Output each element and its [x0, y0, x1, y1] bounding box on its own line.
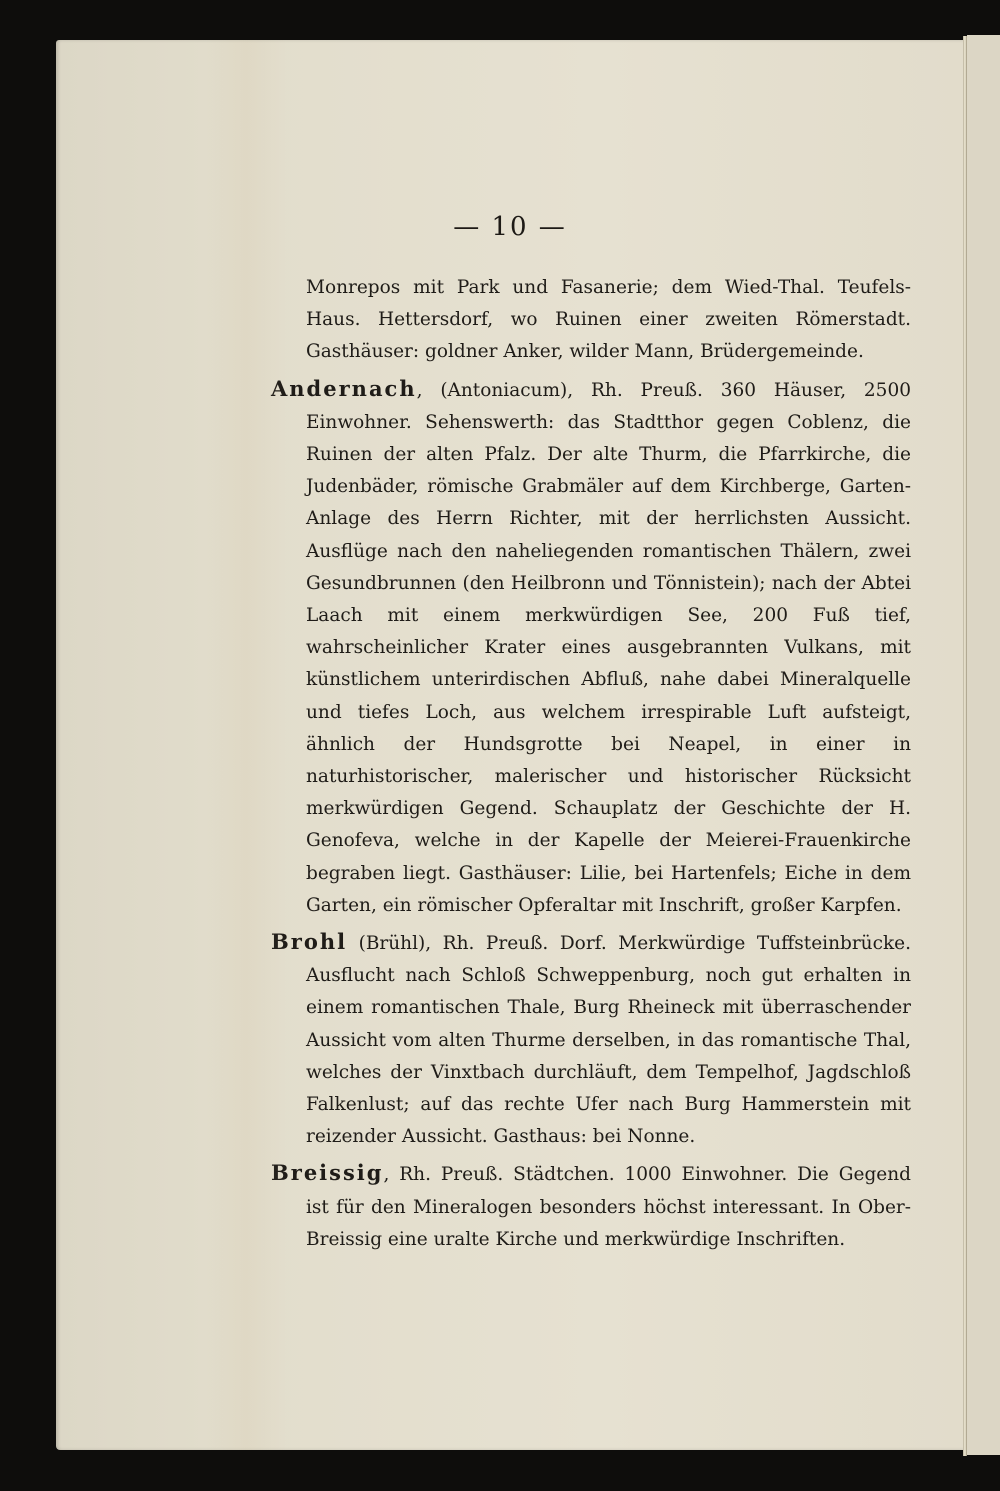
entry-headword: Breissig — [271, 1160, 383, 1185]
entry-text: Monrepos mit Park und Fasanerie; dem Wie… — [306, 277, 911, 362]
entry-text: (Brühl), Rh. Preuß. Dorf. Merkwürdige Tu… — [306, 933, 911, 1147]
entry-headword: Brohl — [271, 929, 347, 954]
gazetteer-text: Monrepos mit Park und Fasanerie; dem Wie… — [271, 272, 911, 1260]
entry-continuation: Monrepos mit Park und Fasanerie; dem Wie… — [271, 272, 911, 369]
entry-brohl: Brohl (Brühl), Rh. Preuß. Dorf. Merkwürd… — [271, 926, 911, 1153]
facing-page-edge — [967, 35, 1000, 1455]
entry-text: , (Antoniacum), Rh. Preuß. 360 Häuser, 2… — [306, 380, 911, 916]
entry-headword: Andernach — [271, 376, 417, 401]
entry-andernach: Andernach, (Antoniacum), Rh. Preuß. 360 … — [271, 373, 911, 922]
book-page: — 10 — Monrepos mit Park und Fasanerie; … — [56, 40, 964, 1450]
page-number: — 10 — — [56, 212, 964, 242]
entry-breissig: Breissig, Rh. Preuß. Städtchen. 1000 Ein… — [271, 1157, 911, 1256]
entry-text: , Rh. Preuß. Städtchen. 1000 Einwohner. … — [306, 1164, 911, 1249]
